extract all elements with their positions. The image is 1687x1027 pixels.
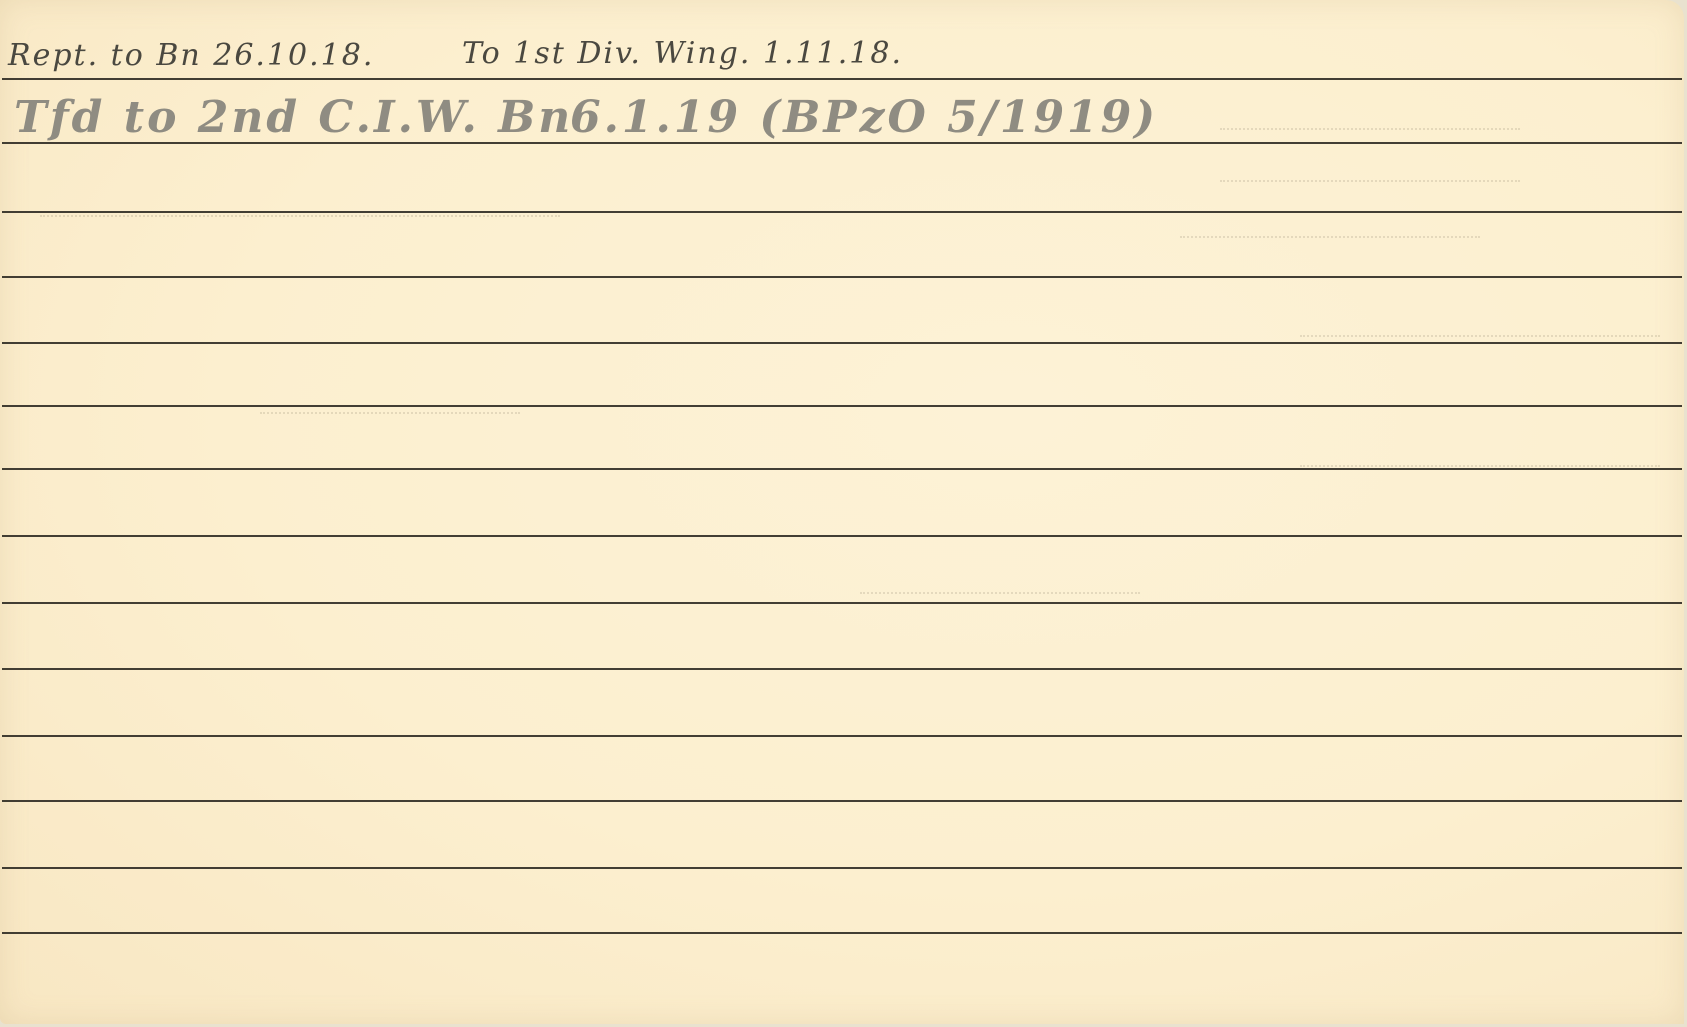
handwritten-entry-1a: Rept. to Bn 26.10.18. xyxy=(8,38,374,73)
show-through-mark xyxy=(1220,128,1520,131)
show-through-mark xyxy=(860,592,1140,595)
ruled-line xyxy=(2,668,1682,670)
ruled-line xyxy=(2,800,1682,802)
ruled-line xyxy=(2,78,1682,80)
ruled-line xyxy=(2,211,1682,213)
show-through-mark xyxy=(1180,236,1480,239)
ruled-line xyxy=(2,735,1682,737)
ruled-line xyxy=(2,342,1682,344)
ruled-line xyxy=(2,602,1682,604)
ruled-line xyxy=(2,867,1682,869)
ruled-line xyxy=(2,535,1682,537)
ruled-line xyxy=(2,932,1682,934)
index-card: Rept. to Bn 26.10.18. To 1st Div. Wing. … xyxy=(0,0,1684,1024)
show-through-mark xyxy=(40,215,560,218)
ruled-line xyxy=(2,468,1682,470)
ruled-line xyxy=(2,405,1682,407)
handwritten-entry-2a: Tfd to 2nd C.I.W. Bn xyxy=(14,92,573,143)
ruled-line xyxy=(2,142,1682,144)
ruled-line xyxy=(2,276,1682,278)
handwritten-entry-2b: 6.1.19 (BPzO 5/1919) xyxy=(570,92,1158,143)
show-through-mark xyxy=(1220,180,1520,183)
show-through-mark xyxy=(1300,335,1660,338)
handwritten-entry-1b: To 1st Div. Wing. 1.11.18. xyxy=(462,36,903,71)
show-through-mark xyxy=(1300,465,1660,468)
show-through-mark xyxy=(260,412,520,415)
